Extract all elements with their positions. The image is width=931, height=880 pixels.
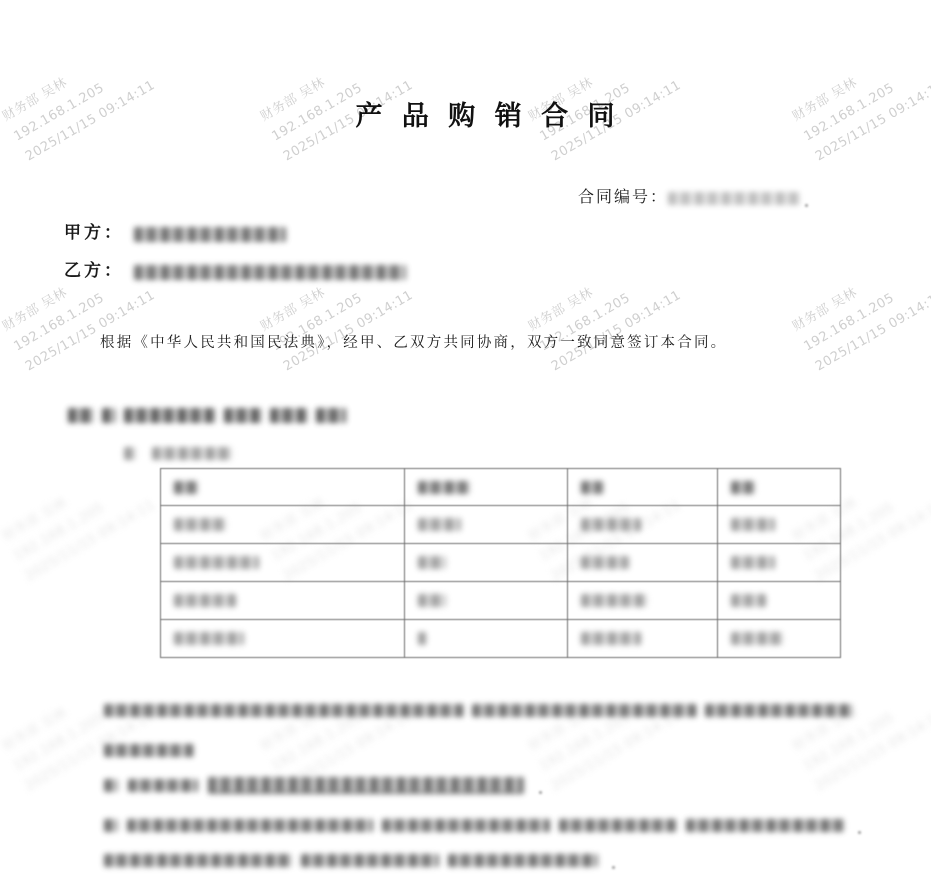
clause-line-redacted [104, 816, 861, 834]
redacted-text [382, 819, 550, 832]
table-row [161, 582, 841, 620]
table-cell [718, 544, 841, 582]
table-cell [568, 582, 718, 620]
redacted-text [270, 408, 308, 423]
table-cell [405, 544, 568, 582]
section-heading-redacted [68, 406, 354, 424]
table-header [161, 469, 841, 506]
redacted-text [418, 594, 446, 607]
redacted-text [174, 594, 236, 607]
table-cell [718, 506, 841, 544]
redacted-text [104, 744, 194, 757]
redacted-text [68, 408, 94, 423]
table-cell [718, 620, 841, 658]
period-mark [805, 204, 808, 207]
redacted-text [418, 481, 470, 494]
redacted-text [152, 447, 232, 460]
redacted-text [316, 408, 346, 423]
table-header-row [161, 469, 841, 506]
clause-line-redacted [104, 741, 202, 759]
table-cell [161, 506, 405, 544]
redacted-text [224, 408, 262, 423]
redacted-text [731, 594, 766, 607]
clause-line-redacted [104, 701, 861, 719]
intro-paragraph: 根据《中华人民共和国民法典》，经甲、乙双方共同协商，双方一致同意签订本合同。 [100, 331, 727, 352]
party-b-redacted [134, 265, 406, 280]
table-row [161, 506, 841, 544]
party-a-redacted [134, 227, 286, 242]
period-mark [858, 831, 861, 834]
redacted-text [686, 819, 844, 832]
redacted-text [174, 632, 244, 645]
party-a-label: 甲方： [64, 223, 124, 242]
watermark-stamp: 财务部 吴林192.168.1.2052025/11/15 09:14:11 [524, 245, 686, 378]
watermark-stamp: 财务部 吴林192.168.1.2052025/11/15 09:14:11 [524, 665, 686, 798]
redacted-text [448, 854, 598, 867]
watermark-stamp: 财务部 吴林192.168.1.2052025/11/15 09:14:11 [0, 455, 160, 588]
redacted-text [104, 819, 118, 832]
period-mark [612, 866, 615, 869]
redacted-text [472, 704, 697, 717]
redacted-text [731, 518, 775, 531]
contract-number-label: 合同编号： [578, 189, 668, 206]
redacted-text [418, 556, 446, 569]
table-cell [718, 582, 841, 620]
party-b-label: 乙方： [64, 261, 124, 280]
redacted-text [174, 556, 259, 569]
table-cell [568, 506, 718, 544]
table-cell [405, 582, 568, 620]
contract-number-redacted [668, 192, 800, 205]
document-title: 产 品 购 销 合 同 [22, 94, 931, 133]
party-a-row: 甲方： [64, 218, 286, 243]
table-header-cell [161, 469, 405, 506]
redacted-text [581, 594, 647, 607]
table-header-cell [405, 469, 568, 506]
party-b-row: 乙方： [64, 256, 406, 281]
table-cell [161, 620, 405, 658]
clause-line-redacted [104, 776, 542, 794]
redacted-text [127, 819, 373, 832]
redacted-text [174, 481, 198, 494]
redacted-text [418, 518, 461, 531]
redacted-text [731, 556, 775, 569]
table-cell [568, 620, 718, 658]
redacted-text [124, 447, 136, 460]
product-table [160, 468, 841, 658]
watermark-stamp: 财务部 吴林192.168.1.2052025/11/15 09:14:11 [788, 665, 931, 798]
list-intro-redacted [124, 444, 248, 462]
redacted-text [174, 518, 226, 531]
table-cell [568, 544, 718, 582]
redacted-text [581, 632, 641, 645]
table-cell [161, 582, 405, 620]
redacted-text [705, 704, 853, 717]
redacted-text [104, 854, 292, 867]
table-header-cell [568, 469, 718, 506]
table-row [161, 544, 841, 582]
watermark-stamp: 财务部 吴林192.168.1.2052025/11/15 09:14:11 [788, 245, 931, 378]
redacted-text [581, 556, 629, 569]
table-cell [405, 506, 568, 544]
redacted-text [104, 779, 118, 792]
table-row [161, 620, 841, 658]
redacted-text [128, 779, 198, 792]
table-body [161, 506, 841, 658]
table-cell [161, 544, 405, 582]
period-mark [539, 791, 542, 794]
contract-number-row: 合同编号： [578, 184, 808, 207]
redacted-text [124, 408, 216, 423]
contract-page: 财务部 吴林192.168.1.2052025/11/15 09:14:11财务… [0, 0, 931, 880]
redacted-text [102, 408, 116, 423]
clause-line-redacted [104, 851, 615, 869]
redacted-text [208, 777, 524, 794]
redacted-text [581, 481, 603, 494]
redacted-text [731, 481, 755, 494]
redacted-text [418, 632, 426, 645]
redacted-text [301, 854, 439, 867]
redacted-text [559, 819, 677, 832]
table-cell [405, 620, 568, 658]
redacted-text [731, 632, 783, 645]
redacted-text [581, 518, 641, 531]
table-header-cell [718, 469, 841, 506]
redacted-text [104, 704, 464, 717]
